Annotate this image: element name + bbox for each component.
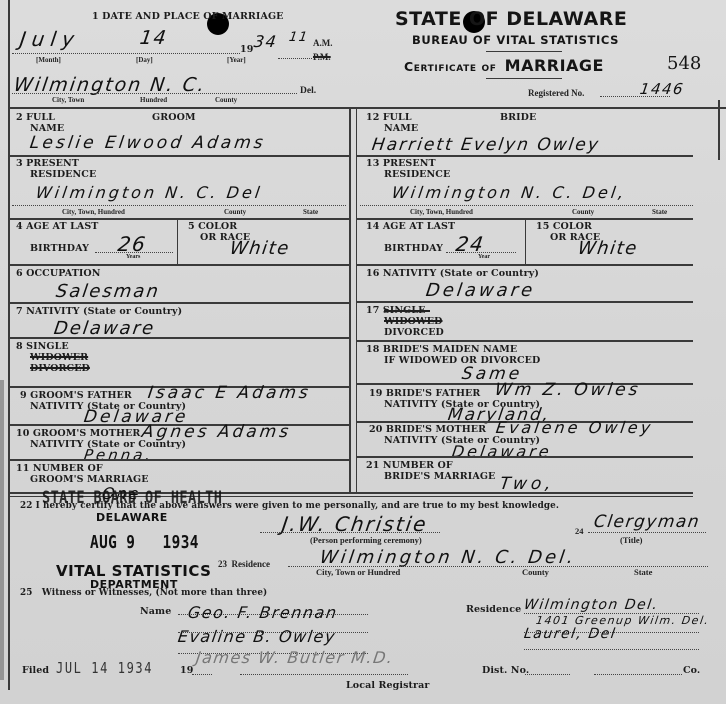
- f3-label2: RESIDENCE: [30, 169, 96, 180]
- f25-witness-label: 25 Witness or Witnesses, (Not more than …: [20, 588, 267, 599]
- res-city-label: City, Town, Hundred: [62, 208, 125, 216]
- f11-label: 11 NUMBER OF: [16, 463, 103, 474]
- bride-mother: Evalene Owley: [495, 418, 655, 437]
- officiant-signature: J.W. Christie: [280, 512, 429, 536]
- row-divider: [10, 459, 349, 461]
- f19-label: 19 BRIDE'S FATHER: [369, 388, 480, 399]
- registered-label: Registered No.: [528, 88, 584, 98]
- place-line: [12, 93, 297, 94]
- filed-label: Filed: [22, 665, 49, 676]
- row-divider: [10, 337, 349, 339]
- residence-line: [12, 205, 346, 206]
- f4-label: 4 AGE AT LAST: [16, 221, 98, 232]
- witness-residence-1: Wilmington Del.: [523, 597, 660, 613]
- groom-occupation: Salesman: [55, 281, 162, 302]
- marriage-certificate: 1 DATE AND PLACE OF MARRIAGE July 14 19 …: [0, 0, 726, 704]
- row-divider: [357, 301, 693, 303]
- marriage-year: 34: [253, 32, 279, 51]
- groom-nativity: Delaware: [53, 318, 157, 339]
- certificate-marriage: MARRIAGE: [505, 56, 604, 75]
- bride-mother-nativity: Delaware: [451, 442, 553, 461]
- stamp-board-of-health: STATE BOARD OF HEALTH: [42, 488, 222, 508]
- row-divider: [357, 340, 693, 342]
- registered-number: 1446: [639, 80, 686, 98]
- marriage-day: 14: [138, 27, 168, 49]
- f7-label: 7 NATIVITY (State or Country): [16, 306, 182, 317]
- f21-label: 21 NUMBER OF: [366, 460, 453, 471]
- title-label: (Title): [620, 535, 643, 545]
- f18-label: 18 BRIDE'S MAIDEN NAME: [366, 344, 517, 355]
- row-divider: [10, 218, 349, 220]
- marriage-month: July: [18, 27, 81, 51]
- row-divider: [357, 155, 693, 157]
- title-divider: [486, 78, 562, 79]
- place-state: Del.: [300, 86, 316, 96]
- f12-label2: NAME: [384, 123, 418, 134]
- years-label: Years: [126, 254, 140, 260]
- certificate-of: Certificate of: [404, 59, 497, 74]
- stamp-date: AUG 9 1934: [90, 532, 199, 553]
- year-prefix: 19: [240, 44, 253, 55]
- groom-mother: Agnes Adams: [141, 422, 293, 442]
- year-label: Year: [478, 254, 490, 260]
- witness-residence-label: Residence: [466, 604, 521, 615]
- f5-label: 5 COLOR: [188, 221, 237, 232]
- f17-single-strike: [384, 310, 430, 312]
- bureau-title: BUREAU OF VITAL STATISTICS: [412, 33, 619, 47]
- f3-label: 3 PRESENT: [16, 158, 79, 169]
- left-binding-strip: [0, 380, 4, 680]
- bride-full-name: Harriett Evelyn Owley: [371, 135, 602, 155]
- filed-year-line: [192, 674, 212, 675]
- groom-column-title: GROOM: [152, 112, 196, 123]
- registrar-label: Local Registrar: [346, 680, 429, 691]
- row-divider: [357, 264, 693, 266]
- pm-line: [278, 58, 312, 59]
- right-border: [718, 100, 720, 160]
- header-border: [8, 107, 726, 109]
- row-divider: [10, 302, 349, 304]
- bride-nativity: Delaware: [425, 280, 537, 301]
- bride-column-title: BRIDE: [500, 112, 536, 123]
- f17-divorced: DIVORCED: [384, 327, 444, 338]
- res-state-label: State: [652, 208, 667, 216]
- stamp-delaware: DELAWARE: [96, 511, 168, 524]
- registrar-signature: James W. Butler M.D.: [195, 648, 395, 667]
- dist-line: [525, 674, 570, 675]
- row-divider: [10, 264, 349, 266]
- f6-label: 6 OCCUPATION: [16, 268, 101, 279]
- f14-label: 14 AGE AT LAST: [366, 221, 455, 232]
- f23-residence-label: 23 Residence: [218, 559, 270, 569]
- month-label: [Month]: [36, 56, 61, 64]
- bride-father: Wm Z. Owles: [494, 380, 642, 400]
- bride-residence: Wilmington N. C. Del,: [391, 183, 628, 202]
- row-divider: [10, 155, 349, 157]
- bride-age: 24: [454, 232, 486, 256]
- f23-state-label: State: [634, 567, 652, 577]
- title-line: [588, 532, 706, 533]
- left-border: [8, 0, 10, 690]
- title-divider: [486, 51, 562, 52]
- co-line: [594, 674, 682, 675]
- section1-label: 1 DATE AND PLACE OF MARRIAGE: [92, 11, 284, 22]
- bride-marriage-number: Two,: [499, 474, 557, 494]
- f13-label: 13 PRESENT: [366, 158, 436, 169]
- f21-label2: BRIDE'S MARRIAGE: [384, 471, 495, 482]
- res-state-label: State: [303, 208, 318, 216]
- center-divider: [349, 109, 351, 492]
- residence-line: [360, 205, 693, 206]
- groom-mother-nativity: Penna.: [83, 446, 155, 464]
- groom-age: 26: [116, 232, 148, 256]
- certificate-number: 548: [667, 53, 701, 74]
- f13-label2: RESIDENCE: [384, 169, 450, 180]
- witness-res-line-3: [524, 649, 699, 650]
- f23-county-label: County: [522, 567, 549, 577]
- am-label: A.M.: [313, 38, 333, 48]
- f20-label: 20 BRIDE'S MOTHER: [369, 424, 486, 435]
- groom-residence: Wilmington N. C. Del: [35, 183, 264, 202]
- groom-full-name: Leslie Elwood Adams: [29, 133, 268, 153]
- filed-date: JUL 14 1934: [56, 659, 153, 677]
- f4-label2: BIRTHDAY: [30, 243, 89, 254]
- f16-label: 16 NATIVITY (State or Country): [366, 268, 539, 279]
- age-race-divider: [525, 218, 526, 264]
- date-line: [12, 53, 240, 54]
- marriage-time: 11: [288, 30, 310, 45]
- certificate-title: Certificate of MARRIAGE: [404, 56, 604, 75]
- age-race-divider: [177, 218, 178, 264]
- co-label: Co.: [683, 665, 700, 676]
- f23-city-label: City, Town or Hundred: [316, 567, 400, 577]
- groom-father: Isaac E Adams: [147, 383, 313, 403]
- officiant-residence: Wilmington N. C. Del.: [319, 547, 578, 568]
- dist-label: Dist. No.: [482, 665, 529, 676]
- res-city-label: City, Town, Hundred: [410, 208, 473, 216]
- witness-1: Geo. F. Brennan: [187, 603, 339, 622]
- hundred-label: Hundred: [140, 96, 167, 104]
- pm-label: P.M.: [313, 52, 331, 62]
- f8-single: 8 SINGLE: [16, 341, 69, 352]
- row-divider: [357, 456, 693, 458]
- city-label: City, Town: [52, 96, 84, 104]
- f14-label2: BIRTHDAY: [384, 243, 443, 254]
- f8-widower: WIDOWER: [30, 352, 88, 363]
- groom-race: White: [229, 238, 292, 259]
- witness-name-label: Name: [140, 606, 171, 617]
- res-county-label: County: [224, 208, 246, 216]
- registrar-line: [240, 674, 408, 675]
- year-label: [Year]: [227, 56, 246, 64]
- f8-divorced: DIVORCED: [30, 363, 90, 374]
- bride-race: White: [577, 238, 640, 259]
- state-title: STATE OF DELAWARE: [395, 8, 627, 30]
- witness-residence-3: Laurel, Del: [523, 626, 617, 642]
- f24-number: 24: [575, 526, 584, 536]
- officiant-label: (Person performing ceremony): [310, 535, 422, 545]
- f15-label: 15 COLOR: [536, 221, 592, 232]
- f12-label: 12 FULL: [366, 112, 412, 123]
- res-county-label: County: [572, 208, 594, 216]
- f10-label: 10 GROOM'S MOTHER: [16, 428, 140, 439]
- witness-2: Evaline B. Owley: [177, 627, 338, 646]
- f2-label: 2 FULL: [16, 112, 55, 123]
- day-label: [Day]: [136, 56, 153, 64]
- f9-label: 9 GROOM'S FATHER: [20, 390, 132, 401]
- officiant-title: Clergyman: [593, 512, 702, 532]
- f17-widowed: WIDOWED: [384, 316, 442, 327]
- county-label: County: [215, 96, 237, 104]
